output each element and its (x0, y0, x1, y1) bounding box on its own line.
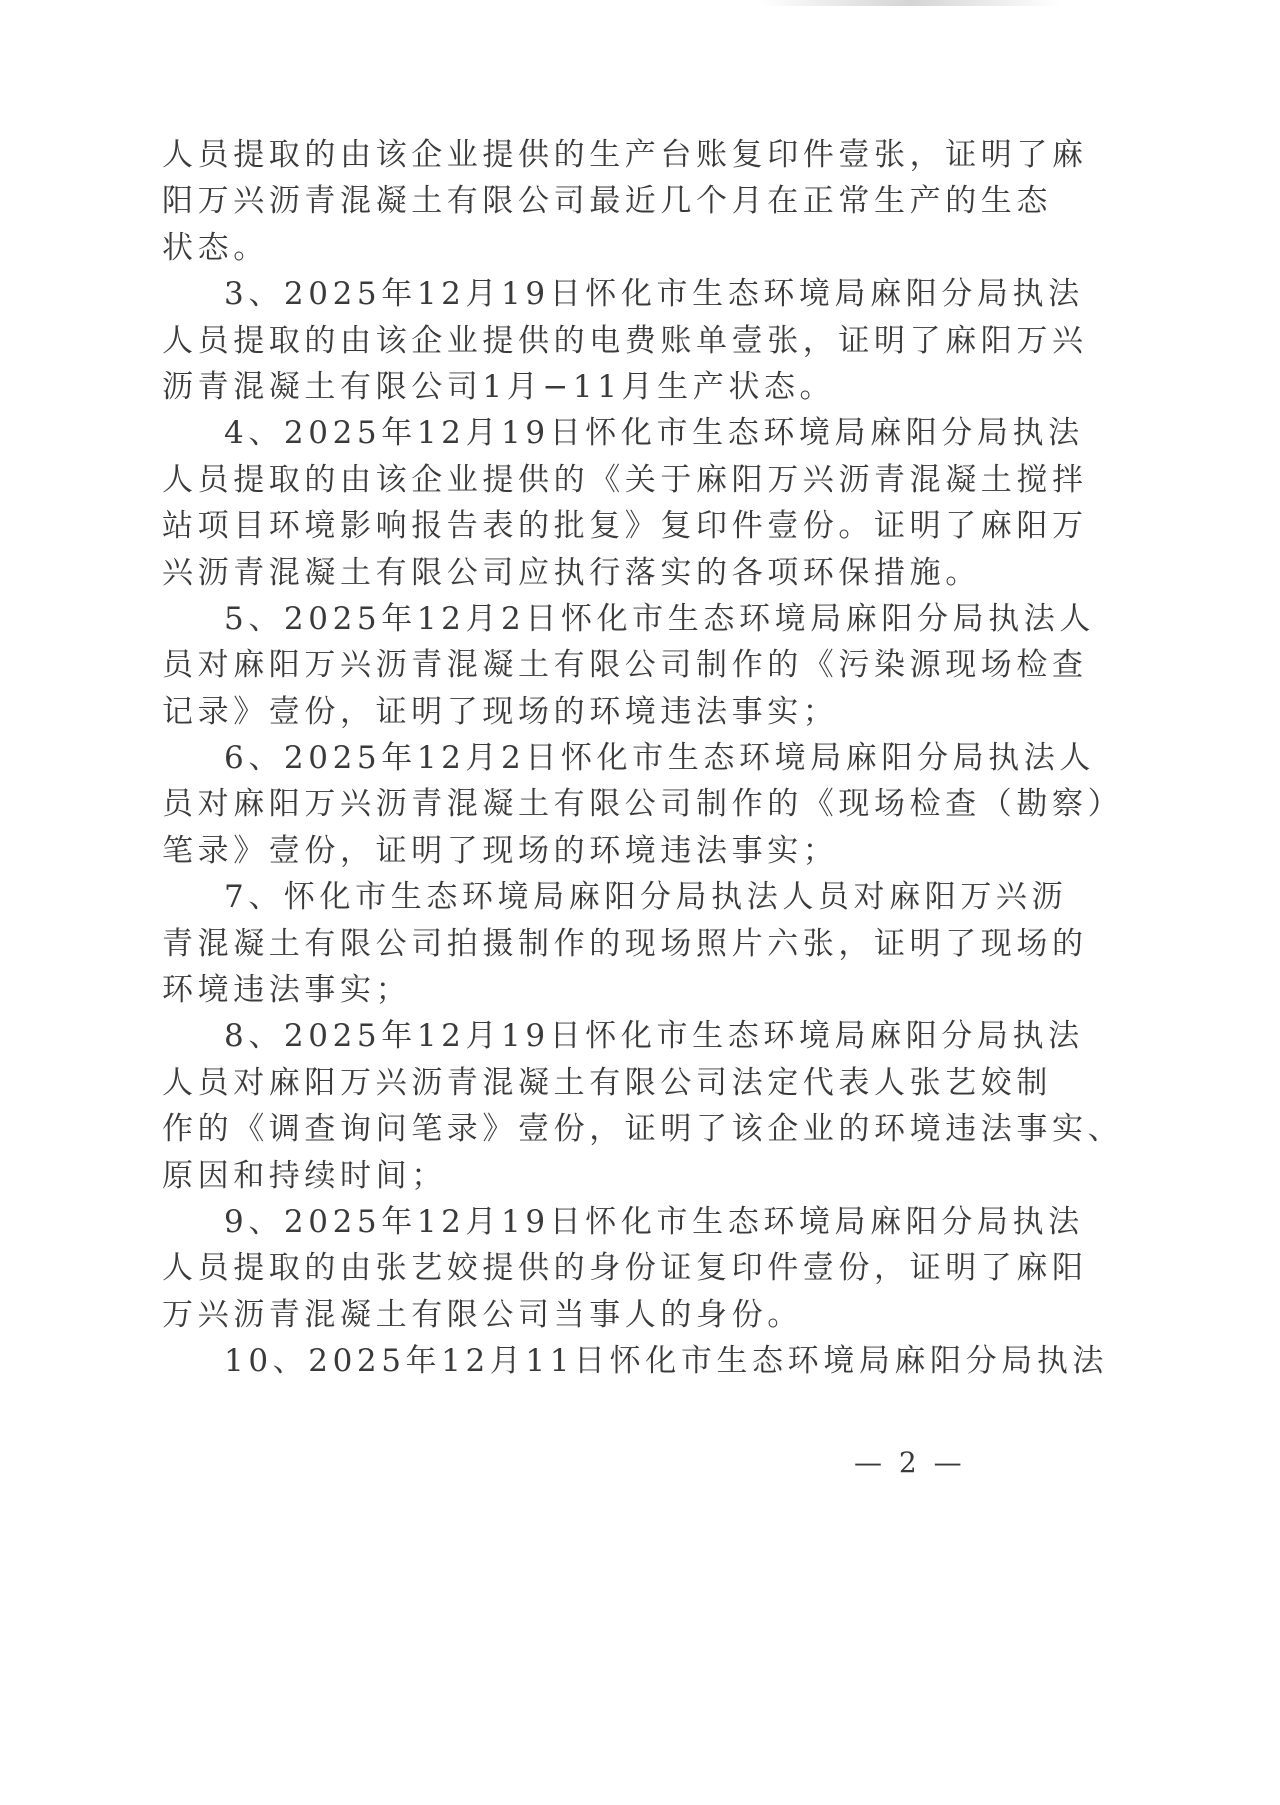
text-line: 10、2025年12月11日怀化市生态环境局麻阳分局执法 (162, 1338, 948, 1384)
text-line: 9、2025年12月19日怀化市生态环境局麻阳分局执法 (162, 1199, 948, 1245)
scan-artifact (760, 0, 1060, 6)
text-line: 员对麻阳万兴沥青混凝土有限公司制作的《现场检查（勘察） (162, 781, 948, 827)
text-line: 人员提取的由该企业提供的《关于麻阳万兴沥青混凝土搅拌 (162, 457, 948, 503)
text-line: 3、2025年12月19日怀化市生态环境局麻阳分局执法 (162, 271, 948, 317)
text-line: 兴沥青混凝土有限公司应执行落实的各项环保措施。 (162, 550, 948, 596)
text-line: 8、2025年12月19日怀化市生态环境局麻阳分局执法 (162, 1013, 948, 1059)
text-line: 作的《调查询问笔录》壹份，证明了该企业的环境违法事实、 (162, 1106, 948, 1152)
text-line: 5、2025年12月2日怀化市生态环境局麻阳分局执法人 (162, 596, 948, 642)
text-line: 青混凝土有限公司拍摄制作的现场照片六张，证明了现场的 (162, 921, 948, 967)
text-line: 7、怀化市生态环境局麻阳分局执法人员对麻阳万兴沥 (162, 874, 948, 920)
text-line: 6、2025年12月2日怀化市生态环境局麻阳分局执法人 (162, 735, 948, 781)
text-line: 人员提取的由张艺姣提供的身份证复印件壹份，证明了麻阳 (162, 1245, 948, 1291)
text-line: 状态。 (162, 225, 948, 271)
text-line: 沥青混凝土有限公司1月−11月生产状态。 (162, 364, 948, 410)
text-line: 阳万兴沥青混凝土有限公司最近几个月在正常生产的生态 (162, 178, 948, 224)
text-line: 万兴沥青混凝土有限公司当事人的身份。 (162, 1292, 948, 1338)
text-line: 笔录》壹份，证明了现场的环境违法事实； (162, 828, 948, 874)
text-line: 记录》壹份，证明了现场的环境违法事实； (162, 689, 948, 735)
text-line: 人员对麻阳万兴沥青混凝土有限公司法定代表人张艺姣制 (162, 1060, 948, 1106)
text-line: 员对麻阳万兴沥青混凝土有限公司制作的《污染源现场检查 (162, 642, 948, 688)
text-line: 原因和持续时间； (162, 1153, 948, 1199)
document-body: 人员提取的由该企业提供的生产台账复印件壹张，证明了麻阳万兴沥青混凝土有限公司最近… (162, 132, 948, 1385)
page-number: — 2 — (854, 1446, 966, 1479)
text-line: 人员提取的由该企业提供的电费账单壹张，证明了麻阳万兴 (162, 318, 948, 364)
text-line: 环境违法事实； (162, 967, 948, 1013)
text-line: 4、2025年12月19日怀化市生态环境局麻阳分局执法 (162, 410, 948, 456)
text-line: 人员提取的由该企业提供的生产台账复印件壹张，证明了麻 (162, 132, 948, 178)
text-line: 站项目环境影响报告表的批复》复印件壹份。证明了麻阳万 (162, 503, 948, 549)
